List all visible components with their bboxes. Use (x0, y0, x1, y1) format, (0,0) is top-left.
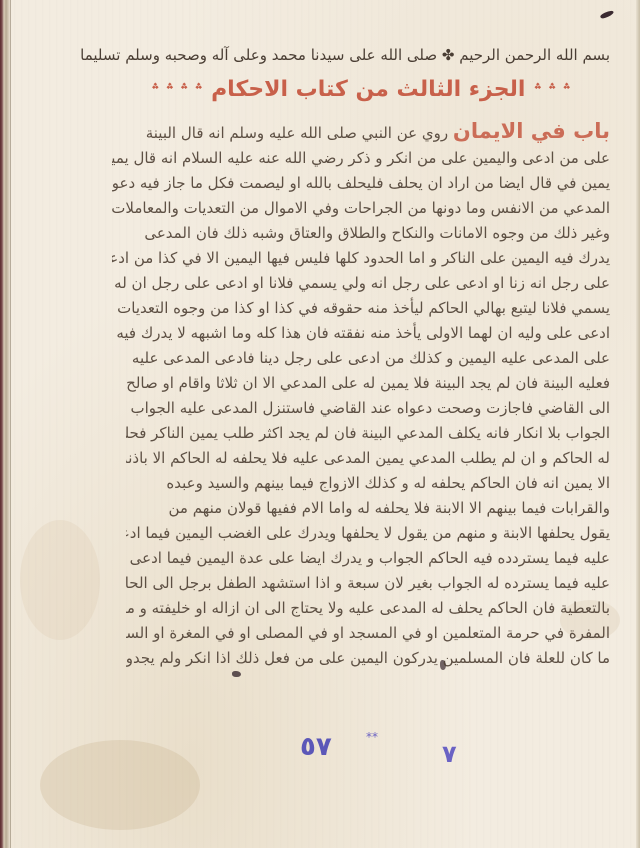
text-line: باب في الايمان روي عن النبي صلى الله علي… (112, 116, 610, 146)
text-line: ادعى على وليه ان لهما الاولى يأخذ منه نف… (112, 321, 610, 346)
paper-stain (40, 740, 200, 830)
manuscript-text: بسم الله الرحمن الرحيم ✤ صلى الله على سي… (112, 40, 610, 671)
text-line: وغير ذلك من وجوه الامانات والنكاح والطلا… (112, 221, 610, 246)
paper-stain (20, 520, 100, 640)
text-line: يمين في قال ايضا من اراد ان يحلف فليحلف … (112, 171, 610, 196)
text-line: ما كان للعلة فان المسلمين يدركون اليمين … (126, 646, 610, 671)
text-line: المفرة في حرمة المتعلمين او في المسجد او… (126, 621, 610, 646)
text-line: على من ادعى واليمين على من انكر و ذكر رض… (112, 146, 610, 171)
text-line: الى القاضي فاجازت وصحت دعواه عند القاضي … (126, 396, 610, 421)
binding-edge (0, 0, 10, 848)
text-line: عليه فيما يستردده فيه الحاكم الجواب و يد… (126, 546, 610, 571)
page-edge-line (10, 0, 11, 848)
basmala-line: بسم الله الرحمن الرحيم ✤ صلى الله على سي… (112, 40, 610, 70)
part-heading: ؞ ؞ ؞ الجزء الثالث من كتاب الاحكام ؞ ؞ ؞… (112, 70, 610, 110)
heading-title: الجزء الثالث من كتاب الاحكام (211, 77, 525, 102)
ink-blot (232, 671, 241, 677)
text-line: بالتعطية فان الحاكم يحلف له المدعى عليه … (126, 596, 610, 621)
text-line: والقرابات فيما بينهم الا الابنة فلا يحلف… (126, 496, 610, 521)
ink-blot (600, 9, 615, 19)
manuscript-page: بسم الله الرحمن الرحيم ✤ صلى الله على سي… (0, 0, 640, 848)
text-line: عليه فيما يسترده له الجواب بغير لان سبعة… (126, 571, 610, 596)
text-line: فعليه البينة فان لم يجد البينة فلا يمين … (126, 371, 610, 396)
heading-ornament-left: ؞ ؞ ؞ ؞ (151, 81, 204, 100)
text-line: الجواب بلا انكار فانه يكلف المدعي البينة… (126, 421, 610, 446)
text-line: يقول يحلفها الابنة و منهم من يقول لا يحل… (126, 521, 610, 546)
heading-ornament-right: ؞ ؞ ؞ (533, 81, 571, 100)
text-line: المدعي من الانفس وما دونها من الجراحات و… (112, 196, 610, 221)
text-line-content: روي عن النبي صلى الله عليه وسلم انه قال … (146, 124, 448, 142)
right-page-edge (636, 0, 640, 848)
text-line: على المدعى عليه اليمين و كذلك من ادعى عل… (126, 346, 610, 371)
text-line: على رجل انه زنا او ادعى على رجل انه ولي … (112, 271, 610, 296)
folio-right-mark: ٧ (442, 740, 457, 768)
text-line: يسمي فلانا ليتبع بهالي الحاكم ليأخذ منه … (112, 296, 610, 321)
text-line: له الحاكم و ان لم يطلب المدعي يمين المدع… (126, 446, 610, 471)
folio-mark: ** (366, 730, 378, 744)
text-line: الا يمين انه فان الحاكم يحلفه له و كذلك … (126, 471, 610, 496)
text-line: يدرك فيه اليمين على الناكر و اما الحدود … (112, 246, 610, 271)
section-title: باب في الايمان (453, 119, 610, 143)
folio-number: ٥٧ (300, 732, 332, 762)
